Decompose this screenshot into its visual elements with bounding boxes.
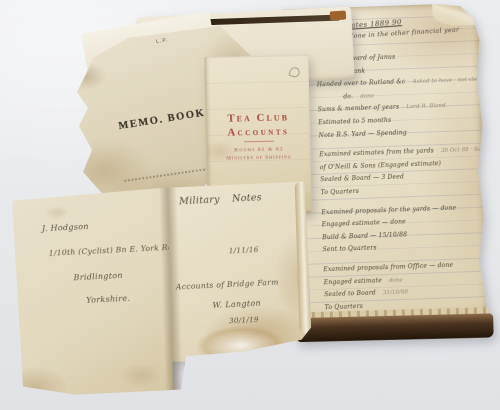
tea-club-rooms-line: Rooms 61 & 62	[207, 146, 310, 154]
tea-club-ministry-line: Ministry of Shipping	[207, 154, 310, 162]
tea-club-cover-text: Tea Club Accounts Rooms 61 & 62 Ministry…	[207, 111, 311, 162]
notebook-title: Military Notes	[179, 192, 262, 207]
memo-stamp: L.P.	[156, 37, 169, 45]
notebook-left-page: 12 J. Hodgson 1/10th (Cyclist) Bn E. Yor…	[9, 184, 174, 401]
tea-club-title-line2: Accounts	[207, 126, 310, 139]
notebook-right-page: Military Notes 1/11/16 Accounts of Bridg…	[167, 179, 317, 361]
leather-chip	[330, 10, 347, 20]
page-curl	[432, 3, 479, 27]
photo-stage: Estimates 1889 90 Work to be done in the…	[0, 0, 500, 410]
pencil-mark	[288, 66, 301, 79]
ledger-entries: Bght.Dry dock award of JanusBrothers Bla…	[316, 43, 477, 308]
title-underline	[244, 141, 274, 143]
accounts-line: Accounts of Bridge Farm	[176, 277, 279, 291]
notebook-date: 1/11/16	[229, 245, 259, 255]
place-line: W. Langton	[212, 299, 261, 310]
tea-club-title-line1: Tea Club	[207, 111, 310, 125]
date-line: 30/1/19	[229, 315, 259, 325]
printer-imprint	[124, 168, 207, 182]
county-line: Yorkshire.	[86, 294, 130, 305]
page-number: 12	[16, 194, 23, 200]
town-line: Bridlington	[73, 271, 123, 282]
owner-name: J. Hodgson	[42, 222, 89, 233]
memo-book-title: MEMO. BOOK.	[118, 107, 211, 132]
ledger-cover-board	[295, 313, 494, 342]
military-notebook: 12 J. Hodgson 1/10th (Cyclist) Bn E. Yor…	[9, 179, 318, 400]
